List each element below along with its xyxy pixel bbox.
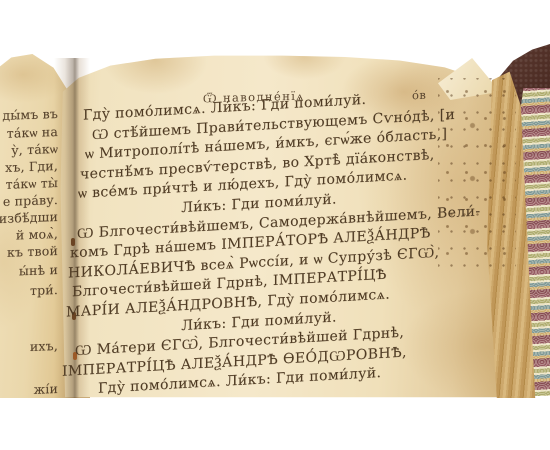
text-fragment: три́. xyxy=(30,282,58,298)
text-fragment: хъ, Гди, xyxy=(5,158,58,175)
text-fragment: къ твой xyxy=(7,243,58,260)
text-fragment: избѣ́дши xyxy=(0,209,58,226)
text-fragment: ды́мъ въ xyxy=(2,106,58,123)
text-fragment: жі́и xyxy=(34,381,58,397)
text-fragment: ы́нѣ и xyxy=(19,262,58,278)
text-fragment: у̀, та́кѡ xyxy=(11,141,58,159)
text-fragment: е пра́ву. xyxy=(3,192,58,209)
text-fragment: та́кѡ на xyxy=(7,124,58,142)
right-page-text: Гду̀ помо́лимсѧ. Ли́къ: Гди поми́луй. Ѡ … xyxy=(58,86,460,402)
text-fragment: та́кѡ ты̀ xyxy=(6,175,58,193)
book-photo: Ѿ наводне́нїѧ о́в Гду̀ помо́лимсѧ. Ли́къ… xyxy=(0,0,550,450)
left-page-text: ды́мъ въ та́кѡ на у̀, та́кѡ хъ, Гди, та́… xyxy=(0,0,64,450)
text-fragment: ихъ, xyxy=(30,338,58,354)
text-fragment: й моѧ̀, xyxy=(16,226,58,243)
